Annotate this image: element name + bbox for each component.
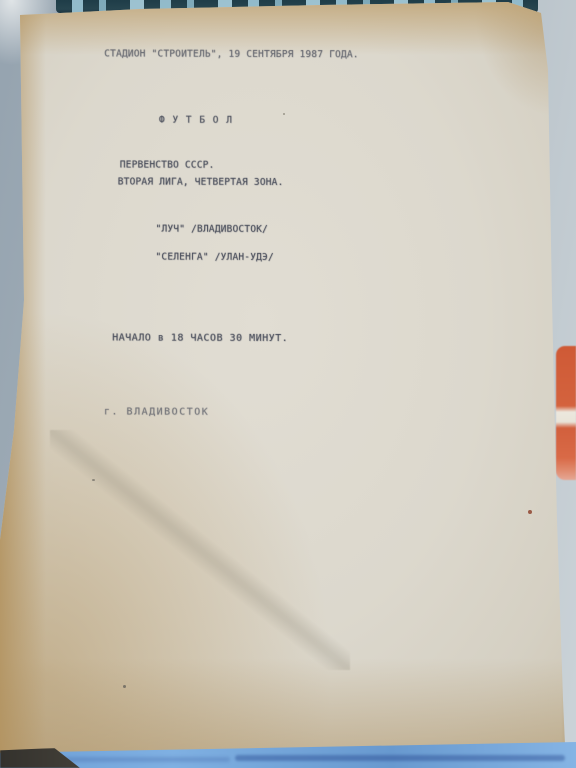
competition-line-2: ВТОРАЯ ЛИГА, ЧЕТВЕРТАЯ ЗОНА.	[118, 176, 284, 188]
typewritten-text-block: СТАДИОН "СТРОИТЕЛЬ", 19 СЕНТЯБРЯ 1987 ГО…	[0, 0, 576, 768]
orange-object	[556, 346, 576, 480]
city-line: г. ВЛАДИВОСТОК	[104, 406, 209, 417]
programme-cover-sheet: СТАДИОН "СТРОИТЕЛЬ", 19 СЕНТЯБРЯ 1987 ГО…	[0, 0, 576, 768]
photo-background: СТАДИОН "СТРОИТЕЛЬ", 19 СЕНТЯБРЯ 1987 ГО…	[0, 0, 576, 768]
illegible-band-text	[60, 757, 230, 762]
illegible-band-text	[235, 755, 565, 761]
stadium-date-line: СТАДИОН "СТРОИТЕЛЬ", 19 СЕНТЯБРЯ 1987 ГО…	[104, 48, 359, 60]
kickoff-time-line: НАЧАЛО в 18 ЧАСОВ 30 МИНУТ.	[112, 332, 288, 344]
sport-title: Ф У Т Б О Л	[159, 115, 233, 126]
home-team-line: "ЛУЧ" /ВЛАДИВОСТОК/	[156, 224, 269, 235]
away-team-line: "СЕЛЕНГА" /УЛАН-УДЭ/	[155, 252, 273, 263]
competition-line-1: ПЕРВЕНСТВО СССР.	[120, 159, 215, 170]
